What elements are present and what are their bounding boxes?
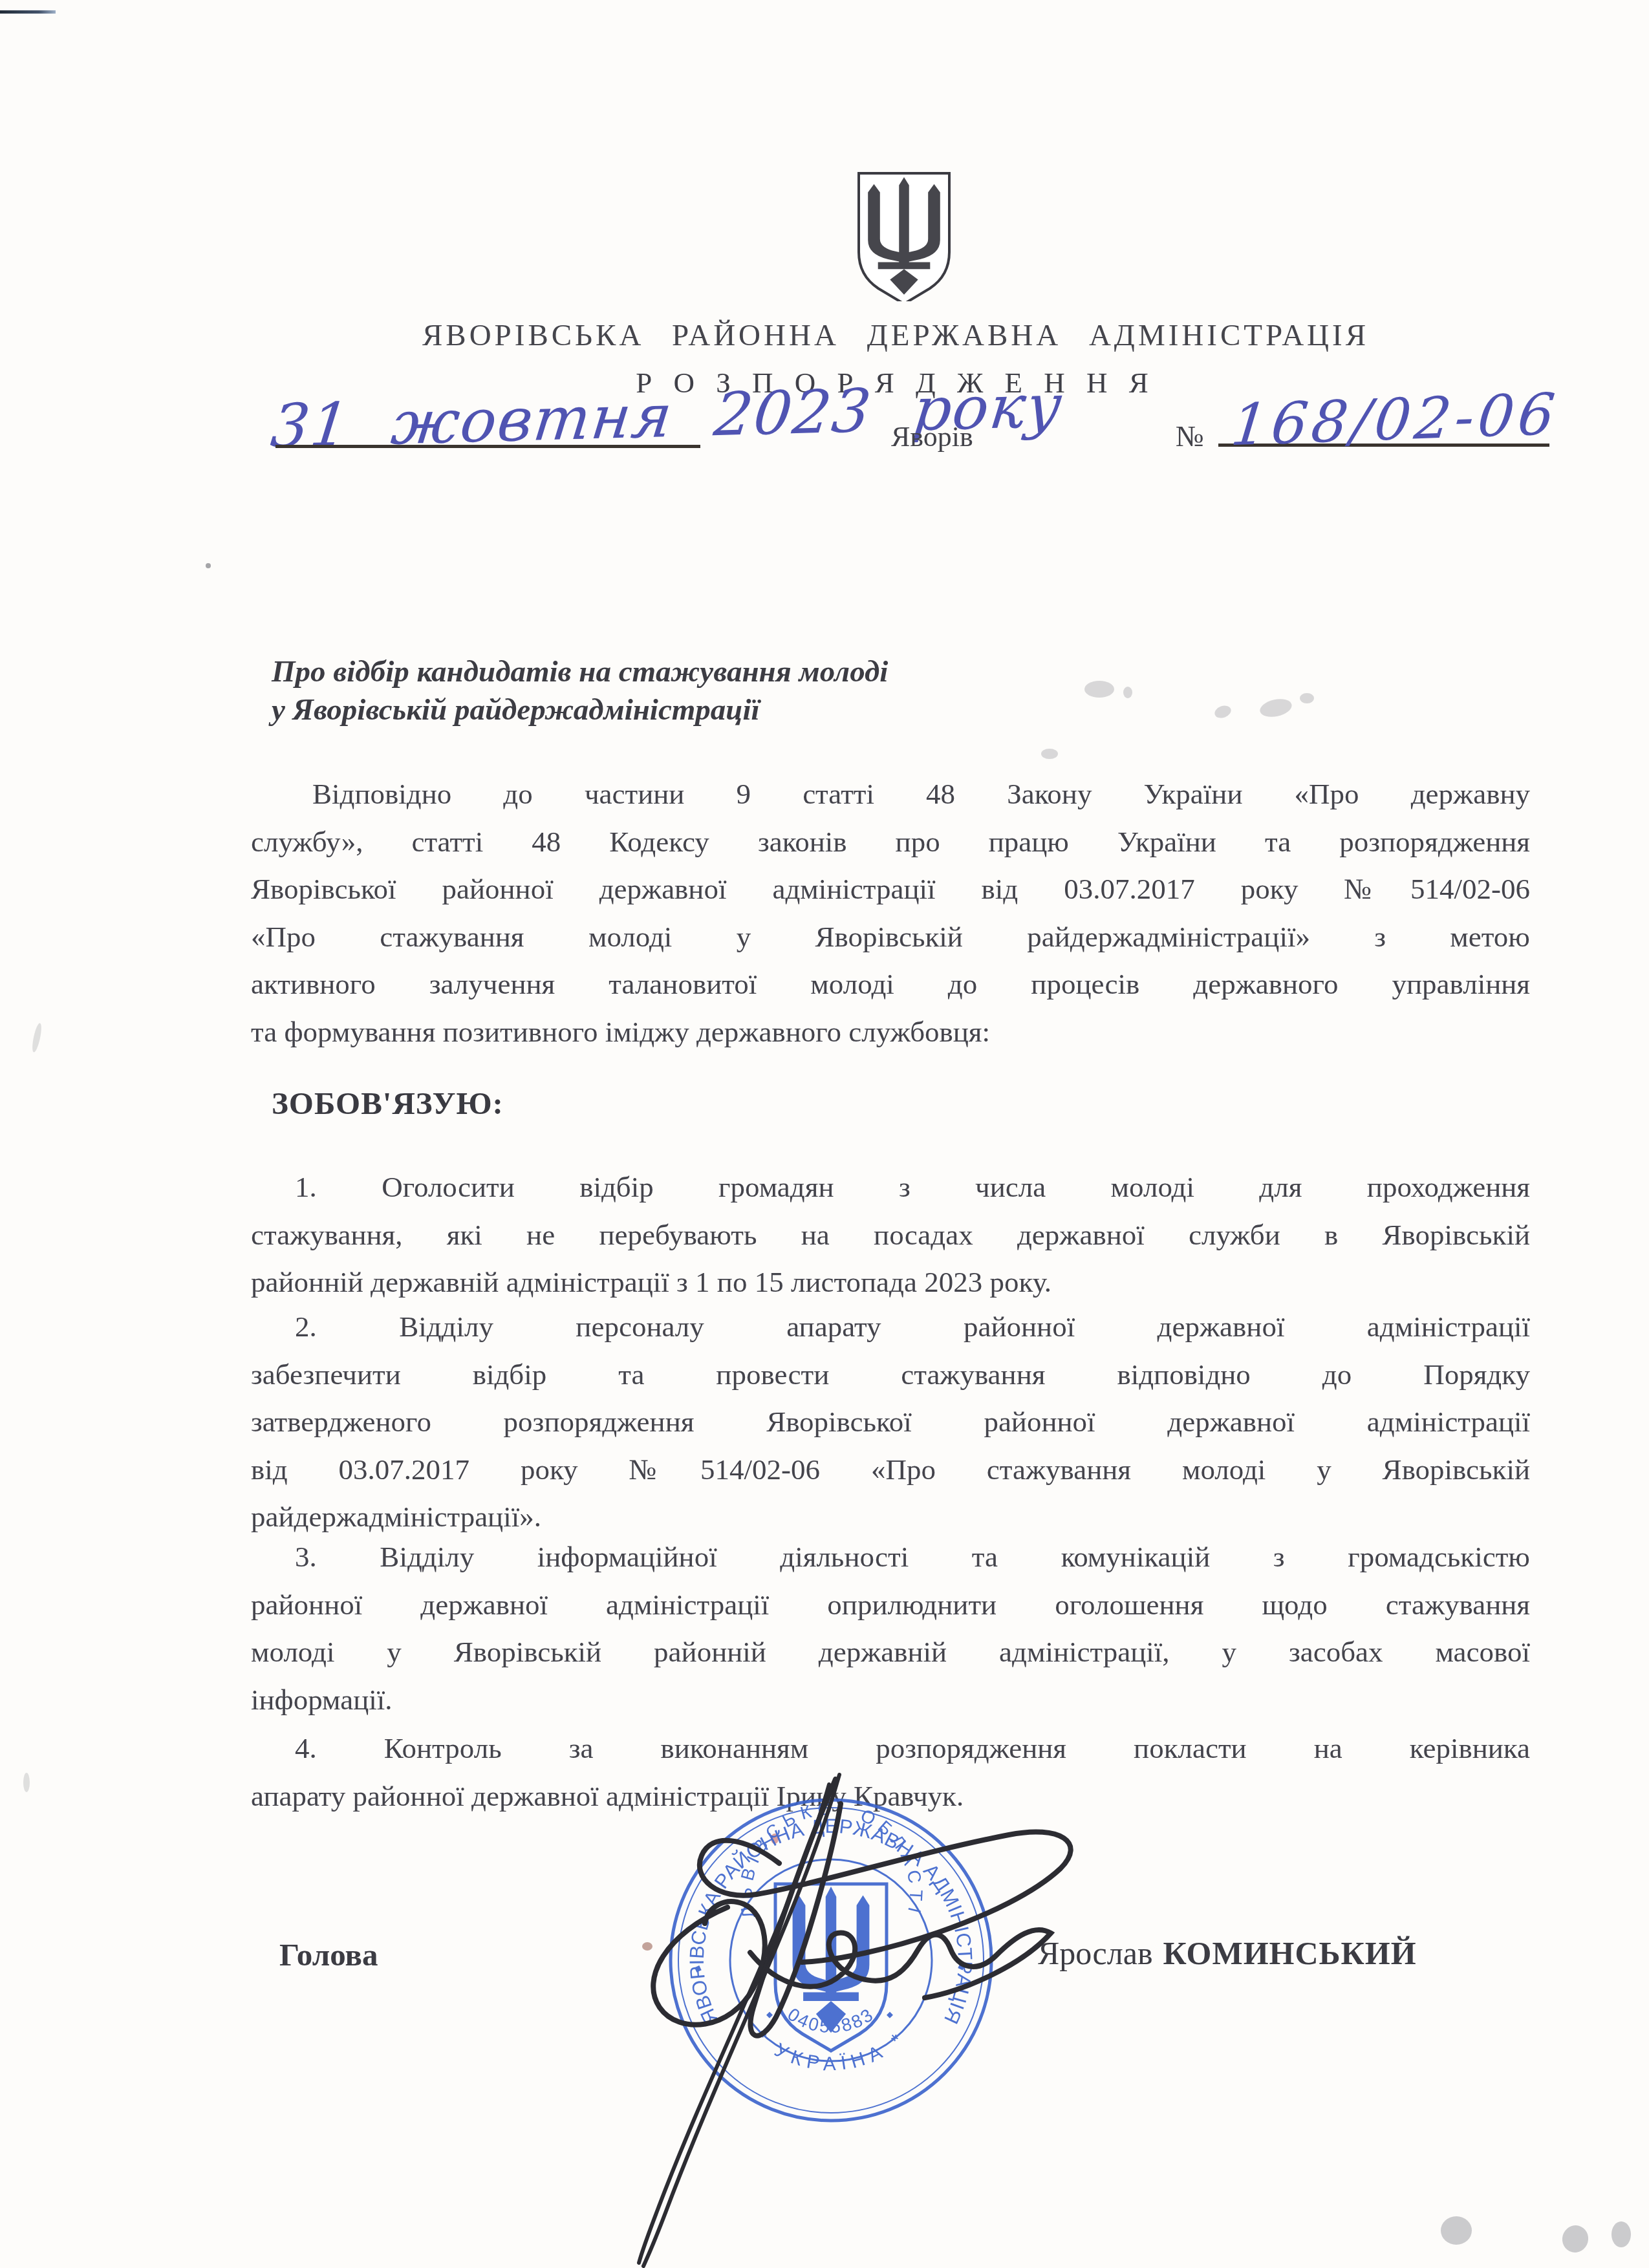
signer-name: ЯрославКОМИНСЬКИЙ bbox=[1038, 1934, 1417, 1972]
scan-artifact-smudge bbox=[1258, 696, 1293, 720]
number-sign: № bbox=[1176, 419, 1204, 453]
scan-artifact-smudge bbox=[1611, 2221, 1631, 2247]
subject-line-2: у Яворівській райдержадміністрації bbox=[272, 691, 888, 729]
resolve-word: ЗОБОВ'ЯЗУЮ: bbox=[272, 1085, 504, 1122]
scanned-document-page: ЯВОРІВСЬКА РАЙОННА ДЕРЖАВНА АДМІНІСТРАЦІ… bbox=[0, 0, 1649, 2268]
scan-artifact-smudge bbox=[23, 1773, 30, 1792]
text-line: активного залучення талановитої молоді д… bbox=[251, 961, 1530, 1009]
scan-artifact-smudge bbox=[1300, 693, 1314, 703]
order-item-3: 3. Відділу інформаційної діяльності та к… bbox=[251, 1534, 1530, 1724]
text-line: Відповідно до частини 9 статті 48 Закону… bbox=[251, 771, 1530, 818]
scan-artifact-topline bbox=[0, 10, 56, 14]
text-line: молоді у Яворівській районній державній … bbox=[251, 1629, 1530, 1676]
text-line: інформації. bbox=[251, 1676, 1530, 1724]
coat-of-arms-emblem bbox=[855, 169, 953, 301]
signer-last-name: КОМИНСЬКИЙ bbox=[1163, 1935, 1417, 1971]
text-line: затвердженого розпорядження Яворівської … bbox=[251, 1398, 1530, 1446]
scan-artifact-smudge bbox=[1559, 2223, 1591, 2256]
org-name: ЯВОРІВСЬКА РАЙОННА ДЕРЖАВНА АДМІНІСТРАЦІ… bbox=[246, 318, 1546, 353]
order-item-2: 2. Відділу персоналу апарату районної де… bbox=[251, 1303, 1530, 1541]
scan-artifact-smudge bbox=[30, 1022, 43, 1053]
scan-artifact-smudge bbox=[1041, 749, 1058, 759]
date-underline bbox=[275, 445, 700, 448]
text-line: «Про стажування молоді у Яворівській рай… bbox=[251, 914, 1530, 961]
city-label: Яворів bbox=[891, 420, 973, 453]
text-line: районній державній адміністрації з 1 по … bbox=[251, 1259, 1530, 1307]
scan-artifact-dot bbox=[206, 563, 211, 568]
handwritten-number: 168/02-06 bbox=[1228, 380, 1562, 458]
scan-artifact-smudge bbox=[1084, 681, 1114, 698]
scan-artifact-smudge bbox=[1213, 703, 1233, 720]
text-line: Яворівської районної державної адміністр… bbox=[251, 866, 1530, 914]
text-line: 1. Оголосити відбір громадян з числа мол… bbox=[251, 1164, 1530, 1212]
text-line: 2. Відділу персоналу апарату районної де… bbox=[251, 1303, 1530, 1351]
scan-artifact-smudge bbox=[1441, 2216, 1472, 2245]
signer-position: Голова bbox=[279, 1936, 378, 1973]
order-item-1: 1. Оголосити відбір громадян з числа мол… bbox=[251, 1164, 1530, 1307]
text-line: районної державної адміністрації оприлюд… bbox=[251, 1581, 1530, 1629]
text-line: стажування, які не перебувають на посада… bbox=[251, 1212, 1530, 1259]
subject-line-1: Про відбір кандидатів на стажування моло… bbox=[272, 653, 888, 691]
pen-signature bbox=[601, 1746, 1093, 2268]
text-line: службу», статті 48 Кодексу законів про п… bbox=[251, 818, 1530, 866]
scan-artifact-smudge bbox=[1123, 687, 1132, 698]
intro-paragraph: Відповідно до частини 9 статті 48 Закону… bbox=[251, 771, 1530, 1056]
text-line: забезпечити відбір та провести стажуванн… bbox=[251, 1351, 1530, 1399]
text-line: та формування позитивного іміджу державн… bbox=[251, 1009, 1530, 1056]
text-line: 3. Відділу інформаційної діяльності та к… bbox=[251, 1534, 1530, 1581]
subject-heading: Про відбір кандидатів на стажування моло… bbox=[272, 653, 888, 729]
text-line: від 03.07.2017 року №514/02-06 «Про стаж… bbox=[251, 1446, 1530, 1494]
